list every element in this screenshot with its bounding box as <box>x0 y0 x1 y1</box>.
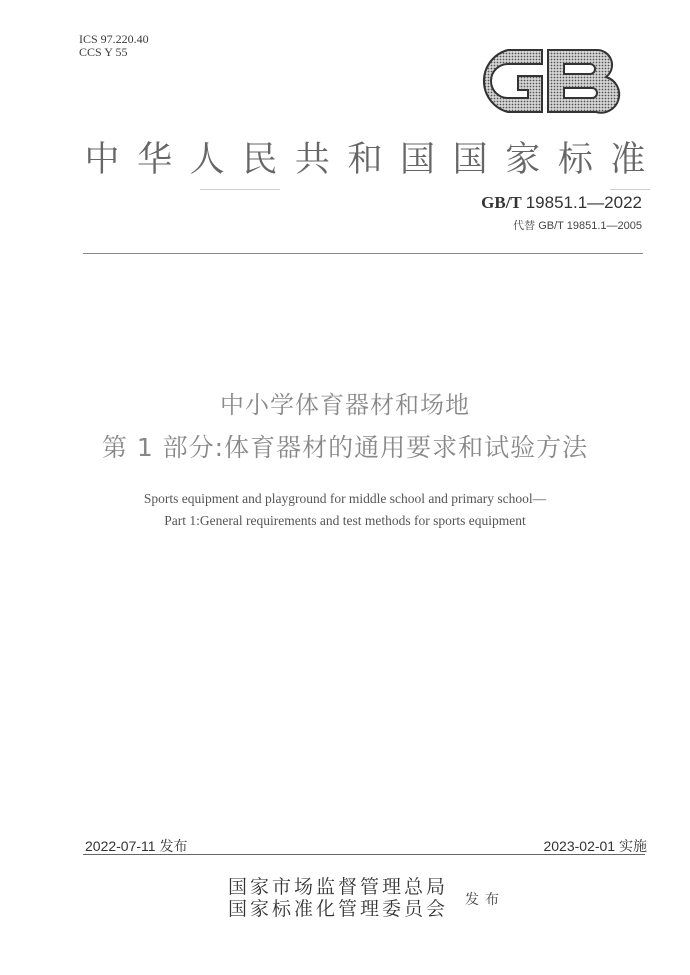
publish-date: 2022-07-11 发布 <box>85 836 187 856</box>
footer-divider <box>83 854 645 855</box>
ccs-code: CCS Y 55 <box>79 46 149 59</box>
english-title-line1: Sports equipment and playground for midd… <box>0 488 690 510</box>
issuing-organizations: 国家市场监督管理总局 国家标准化管理委员会 <box>228 876 448 920</box>
classification-codes: ICS 97.220.40 CCS Y 55 <box>79 33 149 59</box>
english-title: Sports equipment and playground for midd… <box>0 488 690 532</box>
faint-divider <box>610 189 650 190</box>
chinese-title-main: 中小学体育器材和场地 <box>0 385 690 420</box>
issuer-samr: 国家市场监督管理总局 <box>228 876 448 898</box>
faint-divider <box>200 189 280 190</box>
english-title-line2: Part 1:General requirements and test met… <box>0 510 690 532</box>
replaces-standard: 代替 GB/T 19851.1—2005 <box>513 217 642 233</box>
chinese-title-part: 第 1 部分:体育器材的通用要求和试验方法 <box>0 428 690 464</box>
issue-label: 发布 <box>465 889 505 909</box>
effective-date: 2023-02-01 实施 <box>543 836 647 856</box>
national-standard-title: 中 华 人 民 共 和 国 国 家 标 准 <box>80 132 650 182</box>
issuer-sac: 国家标准化管理委员会 <box>228 898 448 920</box>
header-divider <box>83 253 643 254</box>
gb-logo-icon <box>472 46 624 116</box>
standard-number: GB/T 19851.1—2022 <box>481 193 642 213</box>
